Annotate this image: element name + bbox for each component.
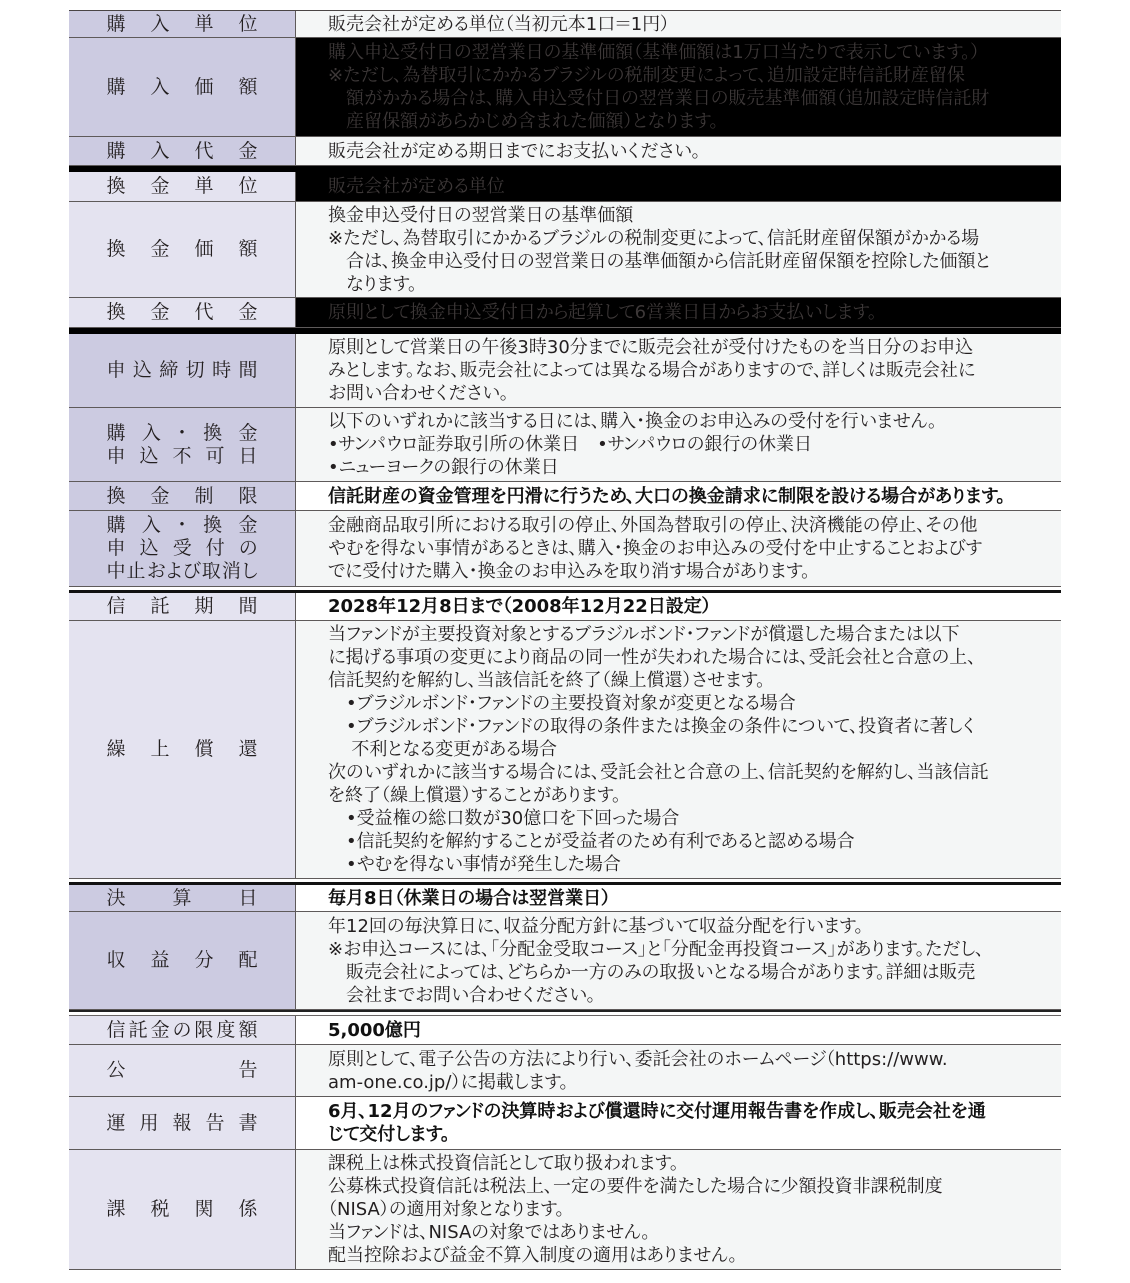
row-redemption-unit: 換金単位 販売会社が定める単位 xyxy=(69,172,1061,202)
label-line: 申込受付の xyxy=(107,537,258,560)
label-line: 信託金の限度額 xyxy=(107,1019,258,1042)
row-redemption-price: 換金価額 換金申込受付日の翌営業日の基準価額※ただし、為替取引にかかるブラジルの… xyxy=(69,202,1061,298)
label-line: 運用報告書 xyxy=(107,1112,258,1135)
row-value-highlighted: 購入申込受付日の翌営業日の基準価額（基準価額は1万口当たりで表示しています。）※… xyxy=(296,38,1061,136)
text-line: を終了（繰上償還）することがあります。 xyxy=(328,784,1061,807)
label-line: 換金単位 xyxy=(107,175,258,198)
label-line: 購入単位 xyxy=(107,13,258,36)
text-line: 原則として営業日の午後3時30分までに販売会社が受付けたものを当日分のお申込 xyxy=(328,336,1061,359)
text-line: •ブラジルボンド・ファンドの主要投資対象が変更となる場合 xyxy=(328,692,1061,715)
text-line: やむを得ない事情があるときは、購入・換金のお申込みの受付を中止することおよびす xyxy=(328,537,1061,560)
row-value: 原則として、電子公告の方法により行い、委託会社のホームページ（https://w… xyxy=(296,1045,1061,1096)
row-trust-period: 信託期間 2028年12月8日まで（2008年12月22日設定） xyxy=(69,593,1061,621)
text-line: 次のいずれかに該当する場合には、受託会社と合意の上、信託契約を解約し、当該信託 xyxy=(328,761,1061,784)
row-label: 購入・換金申込不可日 xyxy=(69,408,296,481)
row-label: 購入価額 xyxy=(69,38,296,136)
row-value-bold: 信託財産の資金管理を円滑に行うため、大口の換金請求に制限を設ける場合があります。 xyxy=(296,482,1061,510)
row-label: 換金制限 xyxy=(69,482,296,510)
text-line: 毎月8日（休業日の場合は翌営業日） xyxy=(328,887,1061,910)
label-line: 購入価額 xyxy=(107,76,258,99)
text-line: •やむを得ない事情が発生した場合 xyxy=(328,853,1061,876)
text-line: でに受付けた購入・換金のお申込みを取り消す場合があります。 xyxy=(328,560,1061,583)
row-label: 繰上償還 xyxy=(69,621,296,878)
text-line: 会社までお問い合わせください。 xyxy=(328,984,1061,1007)
row-label: 購入代金 xyxy=(69,137,296,165)
label-line: 申込締切時間 xyxy=(107,359,258,382)
text-line: am-one.co.jp/）に掲載します。 xyxy=(328,1071,1061,1094)
text-line: 当ファンドが主要投資対象とするブラジルボンド・ファンドが償還した場合または以下 xyxy=(328,623,1061,646)
text-line: 金融商品取引所における取引の停止、外国為替取引の停止、決済機能の停止、その他 xyxy=(328,514,1061,537)
text-line: 2028年12月8日まで（2008年12月22日設定） xyxy=(328,595,1061,618)
label-line: 課税関係 xyxy=(107,1198,258,1221)
row-value-bold: 6月、12月のファンドの決算時および償還時に交付運用報告書を作成し、販売会社を通… xyxy=(296,1097,1061,1149)
row-label: 換金単位 xyxy=(69,172,296,201)
row-value: 年12回の毎決算日に、収益分配方針に基づいて収益分配を行います。※お申込コースに… xyxy=(296,912,1061,1009)
text-line: なります。 xyxy=(328,273,1061,296)
text-line: 販売会社によっては、どちらか一方のみの取扱いとなる場合があります。詳細は販売 xyxy=(328,961,1061,984)
row-value-highlighted: 販売会社が定める単位 xyxy=(296,172,1061,201)
row-settlement-date: 決算日 毎月8日（休業日の場合は翌営業日） xyxy=(69,885,1061,912)
row-value-highlighted: 原則として換金申込受付日から起算して6営業日目からお支払いします。 xyxy=(296,298,1061,327)
row-label: 換金価額 xyxy=(69,202,296,297)
row-early-redemption: 繰上償還 当ファンドが主要投資対象とするブラジルボンド・ファンドが償還した場合ま… xyxy=(69,621,1061,879)
row-label: 申込締切時間 xyxy=(69,334,296,407)
row-taxation: 課税関係 課税上は株式投資信託として取り扱われます。公募株式投資信託は税法上、一… xyxy=(69,1150,1061,1270)
text-line: じて交付します。 xyxy=(328,1123,1061,1146)
row-suspension-cancellation: 購入・換金申込受付の中止および取消し 金融商品取引所における取引の停止、外国為替… xyxy=(69,511,1061,587)
row-value: 課税上は株式投資信託として取り扱われます。公募株式投資信託は税法上、一定の要件を… xyxy=(296,1150,1061,1269)
row-value-bold: 5,000億円 xyxy=(296,1016,1061,1044)
label-line: 換金制限 xyxy=(107,485,258,508)
text-line: •信託契約を解約することが受益者のため有利であると認める場合 xyxy=(328,830,1061,853)
text-line: 合は、換金申込受付日の翌営業日の基準価額から信託財産留保額を控除した価額と xyxy=(328,250,1061,273)
text-line: 課税上は株式投資信託として取り扱われます。 xyxy=(328,1152,1061,1175)
row-value: 販売会社が定める期日までにお支払いください。 xyxy=(296,137,1061,165)
text-line: お問い合わせください。 xyxy=(328,382,1061,405)
text-line: 換金申込受付日の翌営業日の基準価額 xyxy=(328,204,1061,227)
row-value: 金融商品取引所における取引の停止、外国為替取引の停止、決済機能の停止、その他やむ… xyxy=(296,511,1061,586)
text-line: 販売会社が定める単位 xyxy=(328,175,1061,198)
row-value: 以下のいずれかに該当する日には、購入・換金のお申込みの受付を行いません。•サンパ… xyxy=(296,408,1061,481)
label-line: 公告 xyxy=(107,1059,258,1082)
row-value: 販売会社が定める単位（当初元本1口＝1円） xyxy=(296,11,1061,37)
text-line: 販売会社が定める期日までにお支払いください。 xyxy=(328,140,1061,163)
row-purchase-payment: 購入代金 販売会社が定める期日までにお支払いください。 xyxy=(69,137,1061,166)
text-line: •ブラジルボンド・ファンドの取得の条件または換金の条件について、投資者に著しく xyxy=(328,715,1061,738)
row-application-deadline: 申込締切時間 原則として営業日の午後3時30分までに販売会社が受付けたものを当日… xyxy=(69,334,1061,408)
label-line: 決算日 xyxy=(107,887,258,910)
label-line: 収益分配 xyxy=(107,949,258,972)
row-redemption-payment: 換金代金 原則として換金申込受付日から起算して6営業日目からお支払いします。 xyxy=(69,298,1061,328)
row-value-bold: 毎月8日（休業日の場合は翌営業日） xyxy=(296,885,1061,911)
row-purchase-price: 購入価額 購入申込受付日の翌営業日の基準価額（基準価額は1万口当たりで表示してい… xyxy=(69,38,1061,137)
text-line: 公募株式投資信託は税法上、一定の要件を満たした場合に少額投資非課税制度 xyxy=(328,1175,1061,1198)
row-label: 信託期間 xyxy=(69,593,296,620)
label-line: 換金代金 xyxy=(107,301,258,324)
row-label: 課税関係 xyxy=(69,1150,296,1269)
row-value: 原則として営業日の午後3時30分までに販売会社が受付けたものを当日分のお申込みと… xyxy=(296,334,1061,407)
text-line: 原則として換金申込受付日から起算して6営業日目からお支払いします。 xyxy=(328,301,1061,324)
text-line: 信託契約を解約し、当該信託を終了（繰上償還）させます。 xyxy=(328,669,1061,692)
row-public-notice: 公告 原則として、電子公告の方法により行い、委託会社のホームページ（https:… xyxy=(69,1045,1061,1097)
text-line: （NISA）の適用対象となります。 xyxy=(328,1198,1061,1221)
row-label: 収益分配 xyxy=(69,912,296,1009)
text-line: •受益権の総口数が30億口を下回った場合 xyxy=(328,807,1061,830)
label-line: 換金価額 xyxy=(107,238,258,261)
text-line: 購入申込受付日の翌営業日の基準価額（基準価額は1万口当たりで表示しています。） xyxy=(328,41,1061,64)
text-line: 配当控除および益金不算入制度の適用はありません。 xyxy=(328,1244,1061,1267)
text-line: ※お申込コースには、「分配金受取コース」と「分配金再投資コース」があります。ただ… xyxy=(328,938,1061,961)
text-line: に掲げる事項の変更により商品の同一性が失われた場合には、受託会社と合意の上、 xyxy=(328,646,1061,669)
text-line: みとします。なお、販売会社によっては異なる場合がありますので、詳しくは販売会社に xyxy=(328,359,1061,382)
row-income-distribution: 収益分配 年12回の毎決算日に、収益分配方針に基づいて収益分配を行います。※お申… xyxy=(69,912,1061,1010)
text-line: 以下のいずれかに該当する日には、購入・換金のお申込みの受付を行いません。 xyxy=(328,410,1061,433)
text-line: •サンパウロ証券取引所の休業日 •サンパウロの銀行の休業日 xyxy=(328,433,1061,456)
text-line: 産留保額があらかじめ含まれた価額）となります。 xyxy=(328,110,1061,133)
text-line: 不利となる変更がある場合 xyxy=(328,738,1061,761)
text-line: 原則として、電子公告の方法により行い、委託会社のホームページ（https://w… xyxy=(328,1048,1061,1071)
label-line: 中止および取消し xyxy=(107,560,258,583)
label-line: 信託期間 xyxy=(107,595,258,618)
row-management-report: 運用報告書 6月、12月のファンドの決算時および償還時に交付運用報告書を作成し、… xyxy=(69,1097,1061,1150)
row-value: 当ファンドが主要投資対象とするブラジルボンド・ファンドが償還した場合または以下に… xyxy=(296,621,1061,878)
fund-terms-table: 購入単位 販売会社が定める単位（当初元本1口＝1円） 購入価額 購入申込受付日の… xyxy=(69,10,1061,1270)
row-trust-limit: 信託金の限度額 5,000億円 xyxy=(69,1016,1061,1045)
text-line: 年12回の毎決算日に、収益分配方針に基づいて収益分配を行います。 xyxy=(328,915,1061,938)
label-line: 繰上償還 xyxy=(107,738,258,761)
text-line: 販売会社が定める単位（当初元本1口＝1円） xyxy=(328,13,1061,36)
text-line: 当ファンドは、NISAの対象ではありません。 xyxy=(328,1221,1061,1244)
row-label: 決算日 xyxy=(69,885,296,911)
row-redemption-limit: 換金制限 信託財産の資金管理を円滑に行うため、大口の換金請求に制限を設ける場合が… xyxy=(69,482,1061,511)
row-label: 購入単位 xyxy=(69,11,296,37)
label-line: 購入・換金 xyxy=(107,422,258,445)
text-line: •ニューヨークの銀行の休業日 xyxy=(328,456,1061,479)
row-label: 購入・換金申込受付の中止および取消し xyxy=(69,511,296,586)
text-line: 信託財産の資金管理を円滑に行うため、大口の換金請求に制限を設ける場合があります。 xyxy=(328,485,1061,508)
row-label: 換金代金 xyxy=(69,298,296,327)
row-non-acceptance-days: 購入・換金申込不可日 以下のいずれかに該当する日には、購入・換金のお申込みの受付… xyxy=(69,408,1061,482)
row-label: 信託金の限度額 xyxy=(69,1016,296,1044)
text-line: 6月、12月のファンドの決算時および償還時に交付運用報告書を作成し、販売会社を通 xyxy=(328,1100,1061,1123)
row-label: 運用報告書 xyxy=(69,1097,296,1149)
text-line: 額がかかる場合は、購入申込受付日の翌営業日の販売基準価額（追加設定時信託財 xyxy=(328,87,1061,110)
label-line: 購入・換金 xyxy=(107,514,258,537)
row-value: 換金申込受付日の翌営業日の基準価額※ただし、為替取引にかかるブラジルの税制変更に… xyxy=(296,202,1061,297)
label-line: 購入代金 xyxy=(107,140,258,163)
text-line: ※ただし、為替取引にかかるブラジルの税制変更によって、信託財産留保額がかかる場 xyxy=(328,227,1061,250)
text-line: ※ただし、為替取引にかかるブラジルの税制変更によって、追加設定時信託財産留保 xyxy=(328,64,1061,87)
label-line: 申込不可日 xyxy=(107,445,258,468)
row-purchase-unit: 購入単位 販売会社が定める単位（当初元本1口＝1円） xyxy=(69,11,1061,38)
text-line: 5,000億円 xyxy=(328,1019,1061,1042)
row-value-bold: 2028年12月8日まで（2008年12月22日設定） xyxy=(296,593,1061,620)
row-label: 公告 xyxy=(69,1045,296,1096)
